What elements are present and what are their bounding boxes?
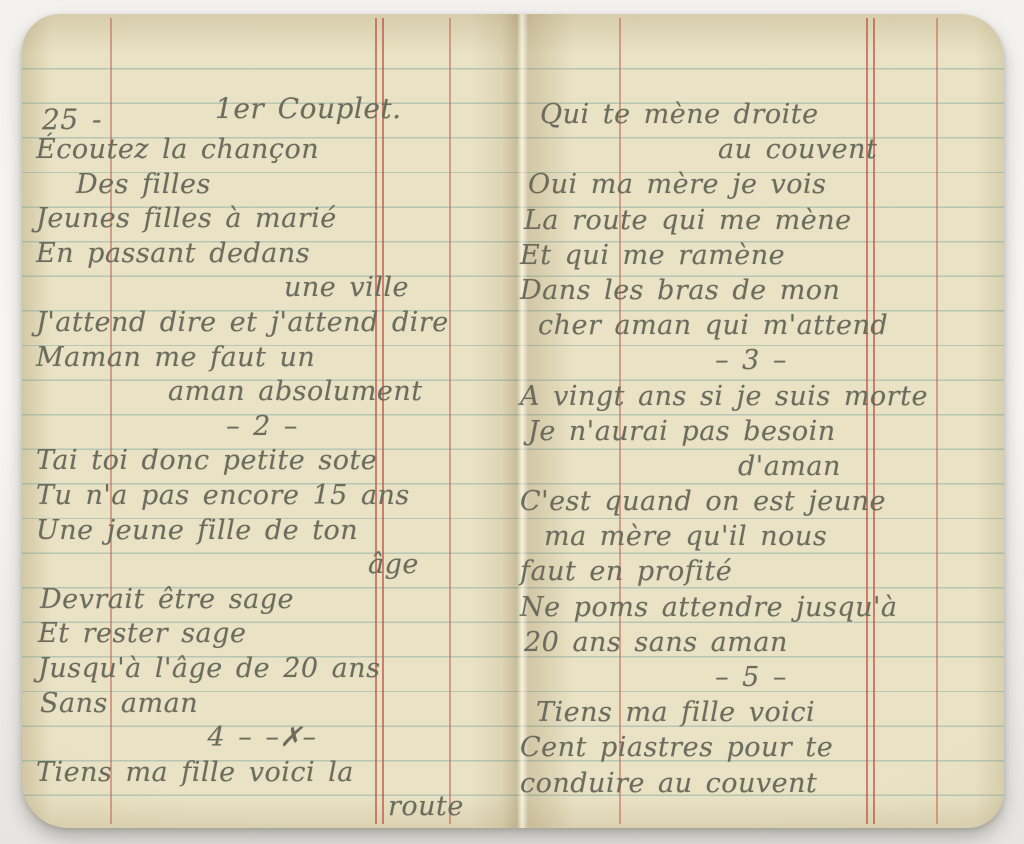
handwritten-line: Dans les bras de mon <box>520 273 982 308</box>
handwritten-line: Devrait être sage <box>40 583 488 618</box>
handwritten-line: Maman me faut un <box>36 341 488 376</box>
handwritten-line: – 2 – <box>36 410 488 445</box>
handwritten-line: 20 ans sans aman <box>524 625 982 660</box>
handwritten-line: Qui te mène droite <box>540 97 982 132</box>
handwritten-line: – 3 – <box>520 343 982 378</box>
handwritten-line: La route qui me mène <box>524 203 982 238</box>
handwritten-line: En passant dedans <box>36 237 488 272</box>
handwritten-line: ma mère qu'il nous <box>544 519 982 554</box>
handwritten-line: faut en profité <box>520 554 982 589</box>
handwritten-line: aman absolument <box>168 375 488 410</box>
handwritten-line: Tiens ma fille voici la <box>36 756 488 791</box>
handwritten-line: âge <box>368 548 488 583</box>
right-page-text: Qui te mène droiteau couventOui ma mère … <box>520 97 982 801</box>
page-number: 25 - <box>42 103 102 136</box>
handwritten-line: J'attend dire et j'attend dire <box>36 306 488 341</box>
handwritten-line: au couvent <box>718 132 982 167</box>
scanned-notebook-background: 25 - 1er Couplet. Écoutez la chançonDes … <box>0 0 1024 844</box>
handwritten-line: Oui ma mère je vois <box>528 167 982 202</box>
handwritten-line: conduire au couvent <box>520 766 982 801</box>
handwritten-line: Sans aman <box>40 687 488 722</box>
handwritten-line: une ville <box>284 271 488 306</box>
handwritten-line: Et qui me ramène <box>520 238 982 273</box>
handwritten-line: – 5 – <box>520 660 982 695</box>
handwritten-line: Je n'aurai pas besoin <box>528 414 982 449</box>
open-notebook: 25 - 1er Couplet. Écoutez la chançonDes … <box>22 14 1004 828</box>
handwritten-line: A vingt ans si je suis morte <box>520 379 982 414</box>
handwritten-line: Tai toi donc petite sote <box>36 444 488 479</box>
handwritten-line: Jeunes filles à marié <box>36 202 488 237</box>
handwritten-line: Écoutez la chançon <box>36 133 488 168</box>
handwritten-line: Cent piastres pour te <box>520 730 982 765</box>
handwritten-line: Jusqu'à l'âge de 20 ans <box>38 652 488 687</box>
handwritten-line: Une jeune fille de ton <box>36 514 488 549</box>
handwritten-line: Tu n'a pas encore 15 ans <box>36 479 488 514</box>
handwritten-line: Et rester sage <box>38 617 488 652</box>
left-page-text: Écoutez la chançonDes fillesJeunes fille… <box>36 133 488 825</box>
handwritten-line: Tiens ma fille voici <box>536 695 982 730</box>
handwritten-line: route <box>388 790 488 825</box>
handwritten-line: C'est quand on est jeune <box>520 484 982 519</box>
handwritten-line: cher aman qui m'attend <box>538 308 982 343</box>
handwritten-line: Des filles <box>76 168 488 203</box>
handwritten-line: Ne poms attendre jusqu'à <box>520 590 982 625</box>
handwritten-line: d'aman <box>738 449 982 484</box>
couplet-heading: 1er Couplet. <box>215 92 402 125</box>
handwritten-line: 4 – –✗– <box>36 721 488 756</box>
